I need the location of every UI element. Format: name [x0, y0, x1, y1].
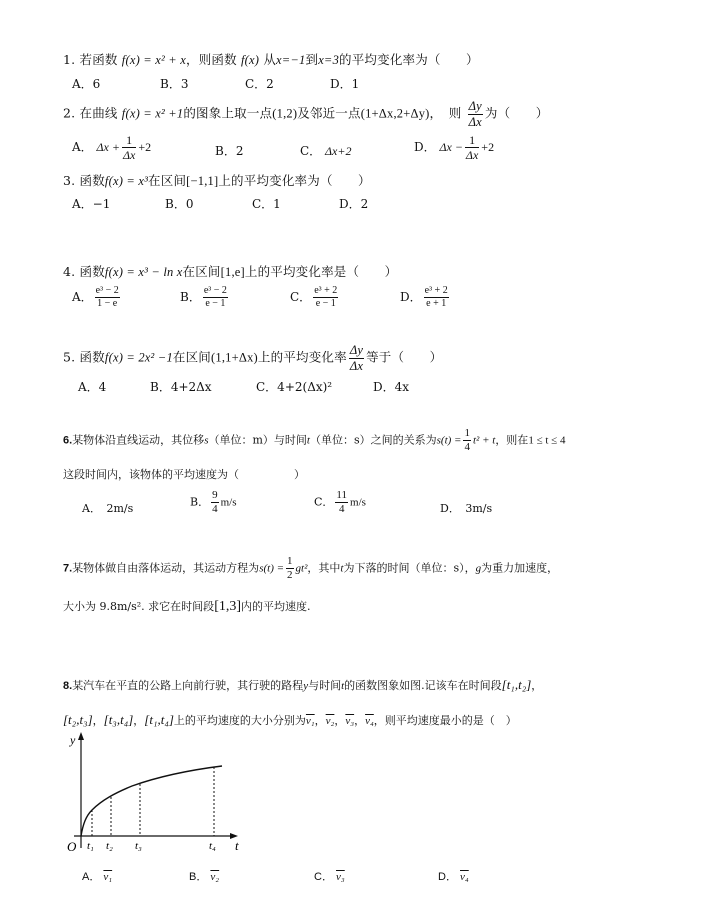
q4-option-b[interactable]: B．e³ − 2e − 1	[180, 286, 230, 309]
q7-text-b: ，其中	[307, 562, 340, 575]
q7-interval: [1,3]	[214, 599, 241, 614]
q3-interval: [−1,1]	[186, 174, 218, 188]
q1-to: x=3	[318, 53, 339, 67]
q2-a-fraction: 1Δx	[122, 134, 136, 161]
question-3-stem: 3. 函数f(x) = x³在区间[−1,1]上的平均变化率为（ ）	[63, 171, 371, 189]
q5-option-a[interactable]: A．4	[78, 378, 106, 395]
q7-text-d: 为重力加速度，	[481, 562, 558, 575]
q8-v4: v₄	[365, 715, 374, 727]
q8-b-value: v₂	[210, 871, 219, 883]
q7-frac-den: 2	[286, 569, 294, 581]
q4-d-den: e + 1	[424, 298, 449, 309]
q7-frac-num: 1	[286, 556, 294, 569]
q8-option-b[interactable]: B． v₂	[189, 868, 219, 884]
q5-interval: (1,1+Δx)	[211, 351, 258, 365]
q6-b-den: 4	[211, 503, 219, 515]
q8-text-c: 的函数图象如图.记该车在时间段	[344, 679, 502, 692]
q4-c-label: C．	[290, 290, 311, 304]
question-8-line-1: 8.某汽车在平直的公路上向前行驶，其行驶的路程y与时间t的函数图象如图.记该车在…	[63, 677, 542, 693]
graph-y-label: y	[69, 733, 76, 747]
q3-option-b[interactable]: B．0	[165, 195, 193, 212]
q3-option-d[interactable]: D．2	[339, 195, 368, 212]
q2-option-d[interactable]: D． Δx −1Δx+2	[414, 134, 494, 161]
q6-b-fraction: 94	[211, 490, 219, 515]
question-6-line-1: 6.某物体沿直线运动，其位移s（单位：m）与时间t（单位：s）之间的关系为s(t…	[63, 428, 565, 453]
q2-d-den: Δx	[465, 148, 479, 161]
q8-text-e: 上的平均速度的大小分别为	[174, 714, 306, 727]
graph-tick-t1: t₁	[87, 840, 94, 852]
q8-sep: ，	[354, 714, 365, 727]
q6-option-d[interactable]: D． 3m/s	[440, 500, 492, 516]
q4-d-num: e³ + 2	[424, 286, 449, 298]
q4-a-label: A．	[72, 290, 93, 304]
q6-b-unit: m/s	[221, 497, 237, 509]
q7-func-post: gt²	[296, 563, 308, 575]
q4-c-fraction: e³ + 2e − 1	[313, 286, 338, 309]
q5-option-d[interactable]: D．4x	[373, 378, 409, 395]
q7-func-pre: s(t) =	[259, 563, 284, 575]
q1-mid3: 到	[305, 52, 318, 67]
question-4-stem: 4. 函数f(x) = x³ − ln x在区间[1,e]上的平均变化率是（ ）	[63, 262, 397, 280]
q8-text-b: 与时间	[308, 679, 341, 692]
q6-frac-den: 4	[463, 441, 471, 453]
q2-a-label: A．	[72, 140, 93, 154]
q8-v3: v₃	[345, 715, 354, 727]
q4-function: f(x) = x³ − ln x	[105, 265, 183, 279]
question-2-stem: 2. 在曲线 f(x) = x² +1的图象上取一点(1,2)及邻近一点(1+Δ…	[63, 100, 548, 128]
q8-text-d: ，	[531, 679, 542, 692]
question-1-stem: 1. 若函数 f(x) = x² + x，则函数 f(x) 从x=−1到x=3的…	[63, 50, 479, 68]
q2-c-value: Δx+2	[325, 144, 351, 158]
q6-option-c[interactable]: C．114m/s	[314, 490, 366, 515]
q5-fraction: ΔyΔx	[349, 344, 364, 372]
q2-option-b[interactable]: B．2	[215, 142, 243, 159]
q2-mid: 的图象上取一点	[183, 106, 272, 121]
q6-line-2: 这段时间内，该物体的平均速度为（ ）	[63, 466, 305, 482]
y-axis-arrow-icon	[78, 732, 84, 740]
q4-d-label: D．	[400, 290, 422, 304]
q6-number: 6.	[63, 435, 72, 447]
q6-frac-num: 1	[463, 428, 471, 441]
q8-d-label: D．	[438, 871, 457, 883]
q2-d-fraction: 1Δx	[465, 134, 479, 161]
question-5-stem: 5. 函数f(x) = 2x² −1在区间(1,1+Δx)上的平均变化率ΔyΔx…	[63, 344, 442, 372]
q1-option-c[interactable]: C．2	[245, 75, 274, 92]
graph-tick-t2: t₂	[106, 840, 113, 852]
q7-text-c: 为下落的时间（单位：s），	[343, 562, 475, 575]
q8-line-2: [t₂,t₃]，[t₃,t₄]，[t₁,t₄]上的平均速度的大小分别为v₁，v₂…	[63, 712, 517, 728]
q2-function: f(x) = x² +1	[122, 107, 184, 121]
q6-b-label: B．	[190, 496, 209, 509]
q8-option-c[interactable]: C． v₃	[314, 868, 345, 884]
q4-b-label: B．	[180, 290, 201, 304]
q4-c-den: e − 1	[313, 298, 338, 309]
q6-func-post: t² + t	[473, 435, 495, 447]
q1-function-ref: f(x)	[241, 53, 259, 67]
q8-option-a[interactable]: A． v₁	[82, 868, 112, 884]
q2-a-num: 1	[122, 134, 136, 148]
q5-frac-den: Δx	[349, 359, 364, 373]
q1-option-b[interactable]: B．3	[160, 75, 188, 92]
q8-c-label: C．	[314, 871, 333, 883]
q8-a-label: A．	[82, 871, 100, 883]
q6-c-num: 11	[335, 490, 348, 503]
q2-d-pre: Δx −	[439, 140, 462, 154]
q6-text-d: ，则在	[495, 434, 528, 447]
q8-text-a: 某汽车在平直的公路上向前行驶，其行驶的路程	[72, 679, 303, 692]
q2-mid3: ， 则	[430, 106, 462, 121]
q2-d-label: D．	[414, 140, 436, 154]
q6-text-c: （单位：s）之间的关系为	[310, 434, 437, 447]
distance-time-graph: y t O t₁ t₂ t₃ t₄	[60, 728, 260, 856]
q3-option-a[interactable]: A．−1	[72, 195, 110, 212]
q8-d-value: v₄	[460, 871, 469, 883]
q8-interval-3: [t₃,t₄]	[104, 712, 134, 727]
q7-text-e: 大小为 9.8m/s². 求它在时间段	[63, 600, 214, 613]
q2-option-a[interactable]: A． Δx +1Δx+2	[72, 134, 151, 161]
q8-c-value: v₃	[336, 871, 345, 883]
q1-mid2: 从	[263, 52, 276, 67]
q6-c-unit: m/s	[350, 497, 366, 509]
q6-option-b[interactable]: B．94m/s	[190, 490, 237, 515]
q8-interval-2: [t₂,t₃]	[63, 712, 93, 727]
q4-mid: 在区间	[183, 264, 221, 279]
q2-frac-den: Δx	[468, 115, 483, 129]
q8-v1: v₁	[306, 715, 315, 727]
q5-suffix: 等于（ ）	[366, 350, 442, 365]
q7-text-a: 某物体做自由落体运动，其运动方程为	[72, 562, 259, 575]
q1-from: x=−1	[276, 53, 305, 67]
q3-prefix: 3. 函数	[63, 173, 105, 188]
q4-option-a[interactable]: A．e³ − 21 − e	[72, 286, 122, 309]
q3-function: f(x) = x³	[105, 174, 148, 188]
q5-option-c[interactable]: C．4+2(Δx)²	[256, 378, 332, 395]
q6-c-fraction: 114	[335, 490, 348, 515]
q8-sep: ，	[133, 714, 144, 727]
q5-mid: 在区间	[173, 350, 211, 365]
q1-mid: ，则函数	[186, 52, 237, 67]
q2-a-pre: Δx +	[97, 140, 120, 154]
q6-c-label: C．	[314, 496, 333, 509]
q7-text-f: 内的平均速度.	[241, 600, 311, 613]
q1-function: f(x) = x² + x	[122, 53, 186, 67]
q8-interval-4: [t₁,t₄]	[144, 712, 174, 727]
q2-a-post: +2	[138, 140, 151, 154]
q4-option-d[interactable]: D．e³ + 2e + 1	[400, 286, 451, 309]
q1-option-d[interactable]: D．1	[330, 75, 359, 92]
q3-option-c[interactable]: C．1	[252, 195, 281, 212]
q4-a-num: e³ − 2	[95, 286, 120, 298]
q8-text-f: ，则平均速度最小的是（ ）	[374, 714, 517, 727]
q2-d-post: +2	[481, 140, 494, 154]
q4-suffix: 上的平均变化率是（ ）	[245, 264, 397, 279]
q8-interval-1: [t₁,t₂]	[502, 677, 532, 692]
question-7-line-1: 7.某物体做自由落体运动，其运动方程为s(t) =12gt²，其中t为下落的时间…	[63, 556, 558, 581]
q6-text-a: 某物体沿直线运动，其位移	[72, 434, 204, 447]
q2-option-c[interactable]: C． Δx+2	[300, 142, 351, 159]
q6-func-pre: s(t) =	[437, 435, 462, 447]
q8-number: 8.	[63, 680, 72, 692]
q5-mid2: 上的平均变化率	[258, 350, 347, 365]
q4-a-den: 1 − e	[95, 298, 120, 309]
q4-b-den: e − 1	[203, 298, 228, 309]
q7-fraction: 12	[286, 556, 294, 581]
graph-tick-t4: t₄	[209, 840, 216, 852]
q4-prefix: 4. 函数	[63, 264, 105, 279]
q4-interval: [1,e]	[221, 265, 245, 279]
q4-b-fraction: e³ − 2e − 1	[203, 286, 228, 309]
q8-b-label: B．	[189, 871, 207, 883]
graph-x-label: t	[235, 838, 239, 853]
q2-prefix: 2. 在曲线	[63, 106, 118, 121]
q4-a-fraction: e³ − 21 − e	[95, 286, 120, 309]
q4-d-fraction: e³ + 2e + 1	[424, 286, 449, 309]
q2-point: (1,2)	[272, 107, 297, 121]
q6-text-b: （单位：m）与时间	[208, 434, 306, 447]
q2-suffix: 为（ ）	[485, 106, 549, 121]
q2-a-den: Δx	[122, 148, 136, 161]
graph-tick-t3: t₃	[135, 840, 142, 852]
q8-sep: ，	[334, 714, 345, 727]
q6-c-den: 4	[335, 503, 348, 515]
q4-option-c[interactable]: C．e³ + 2e − 1	[290, 286, 340, 309]
q3-mid: 在区间	[148, 173, 186, 188]
q2-fraction: ΔyΔx	[468, 100, 483, 128]
q2-d-num: 1	[465, 134, 479, 148]
q6-option-a[interactable]: A． 2m/s	[82, 500, 133, 516]
q3-suffix: 上的平均变化率为（ ）	[218, 173, 370, 188]
q8-a-value: v₁	[103, 871, 112, 883]
q5-function: f(x) = 2x² −1	[105, 351, 173, 365]
q2-frac-num: Δy	[468, 100, 483, 115]
q1-suffix: 的平均变化率为（ ）	[339, 52, 479, 67]
q5-option-b[interactable]: B．4+2Δx	[150, 378, 212, 395]
q6-fraction: 14	[463, 428, 471, 453]
q7-line-2: 大小为 9.8m/s². 求它在时间段[1,3]内的平均速度.	[63, 598, 311, 615]
q8-option-d[interactable]: D． v₄	[438, 868, 469, 884]
q2-mid2: 及邻近一点	[297, 106, 361, 121]
q2-point2: (1+Δx,2+Δy)	[361, 107, 430, 121]
q5-prefix: 5. 函数	[63, 350, 105, 365]
q1-option-a[interactable]: A．6	[72, 75, 100, 92]
q7-number: 7.	[63, 563, 72, 575]
q8-sep: ，	[315, 714, 326, 727]
q6-range: 1 ≤ t ≤ 4	[528, 435, 565, 447]
q1-prefix: 1. 若函数	[63, 52, 118, 67]
q4-b-num: e³ − 2	[203, 286, 228, 298]
q5-frac-num: Δy	[349, 344, 364, 359]
q4-c-num: e³ + 2	[313, 286, 338, 298]
q2-c-label: C．	[300, 144, 321, 158]
q6-b-num: 9	[211, 490, 219, 503]
graph-origin-label: O	[67, 839, 77, 854]
q8-sep: ，	[93, 714, 104, 727]
